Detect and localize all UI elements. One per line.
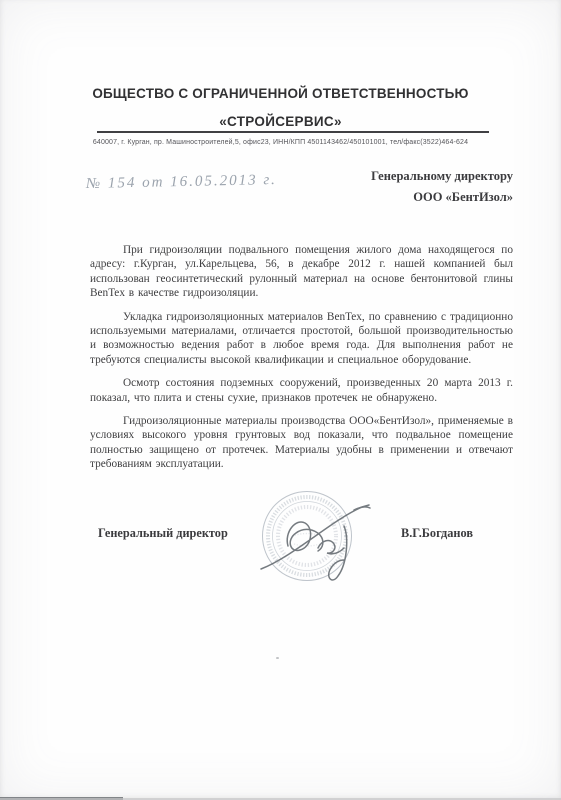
signer-name: В.Г.Богданов	[401, 526, 473, 541]
recipient-title: Генеральному директору	[371, 166, 513, 187]
company-details-line: 640007, г. Курган, пр. Машиностроителей,…	[40, 139, 521, 146]
paragraph-3: Осмотр состояния подземных сооружений, п…	[90, 376, 513, 405]
recipient-company: ООО «БентИзол»	[371, 187, 513, 208]
scan-speck	[276, 657, 279, 659]
recipient-block: Генеральному директору ООО «БентИзол»	[371, 166, 513, 208]
handwritten-ref-number: № 154 от 16.05.2013 г.	[86, 172, 277, 193]
paragraph-4: Гидроизоляционные материалы производства…	[90, 414, 513, 472]
scanned-letter-page: ОБЩЕСТВО С ОГРАНИЧЕННОЙ ОТВЕТСТВЕННОСТЬЮ…	[0, 0, 561, 800]
letterhead-divider	[97, 131, 489, 133]
paragraph-2: Укладка гидроизоляционных материалов Ben…	[90, 310, 513, 368]
company-name-line1: ОБЩЕСТВО С ОГРАНИЧЕННОЙ ОТВЕТСТВЕННОСТЬЮ	[0, 86, 561, 101]
letterhead: ОБЩЕСТВО С ОГРАНИЧЕННОЙ ОТВЕТСТВЕННОСТЬЮ…	[0, 86, 561, 129]
company-name-line2: «СТРОЙСЕРВИС»	[0, 114, 561, 129]
paragraph-1: При гидроизоляции подвального помещения …	[90, 243, 513, 301]
signer-title: Генеральный директор	[98, 526, 228, 541]
round-stamp-icon	[236, 470, 386, 600]
letter-body: При гидроизоляции подвального помещения …	[90, 243, 513, 481]
